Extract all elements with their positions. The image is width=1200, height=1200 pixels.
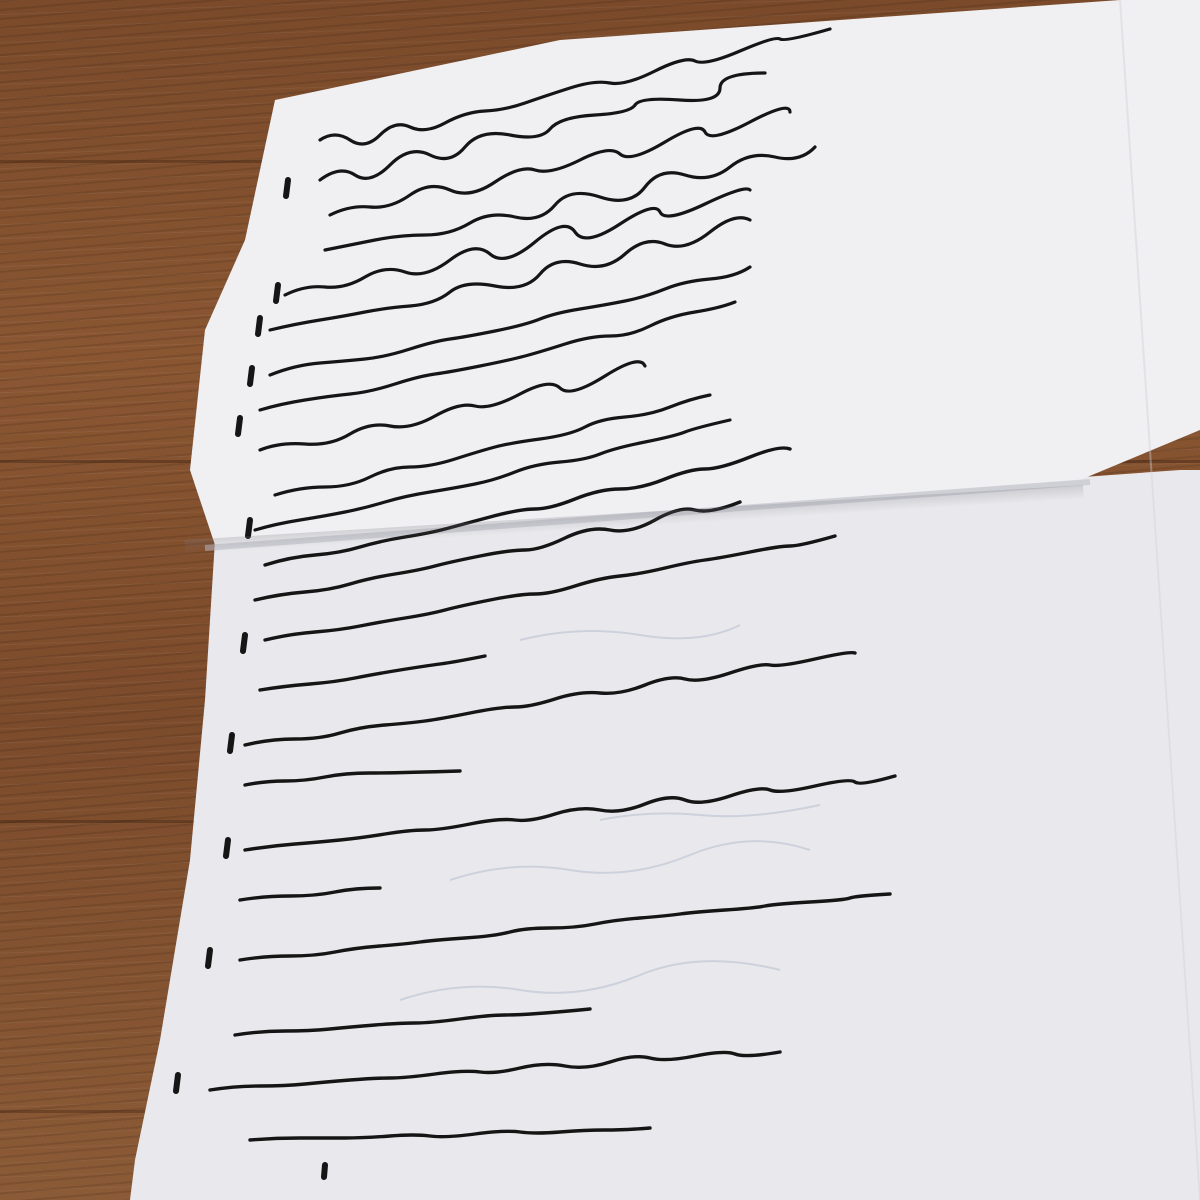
- manuscript-pages: [0, 0, 1200, 1200]
- upper-page: [190, 0, 1200, 545]
- manuscript: [0, 0, 1200, 1200]
- lower-page: [130, 470, 1200, 1200]
